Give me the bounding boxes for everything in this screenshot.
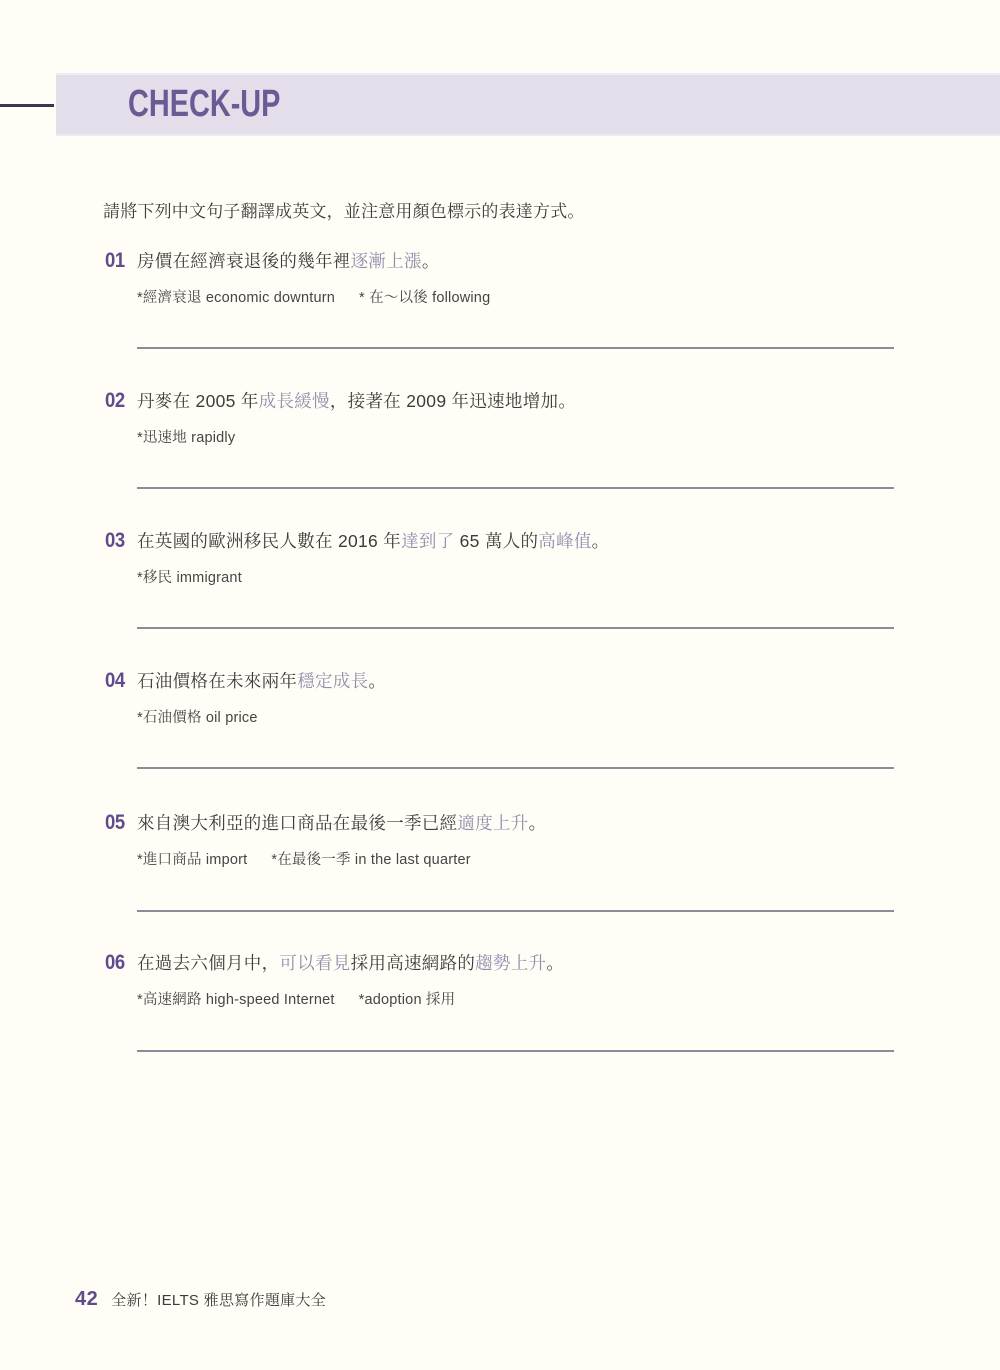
item-sentence: 在英國的歐洲移民人數在 2016 年達到了 65 萬人的高峰值。 bbox=[137, 529, 609, 553]
vocab-hint: *移民 immigrant bbox=[137, 566, 940, 587]
sentence-segment: 。 bbox=[368, 671, 386, 691]
sentence-segment: 來自澳大利亞的進口商品在最後一季已經 bbox=[137, 813, 457, 833]
vocab-hint: *高速網路 high-speed Internet*adoption 採用 bbox=[137, 988, 940, 1009]
exercise-item: 05 來自澳大利亞的進口商品在最後一季已經適度上升。 *進口商品 import*… bbox=[105, 811, 940, 869]
vocab-hint-entry: *進口商品 import bbox=[137, 852, 247, 868]
item-number: 05 bbox=[105, 811, 133, 835]
exercise-item: 06 在過去六個月中，可以看見採用高速網路的趨勢上升。 *高速網路 high-s… bbox=[105, 951, 940, 1009]
exercise-item: 04 石油價格在未來兩年穩定成長。 *石油價格 oil price bbox=[105, 669, 940, 727]
item-sentence: 來自澳大利亞的進口商品在最後一季已經適度上升。 bbox=[137, 811, 546, 835]
answer-line bbox=[137, 767, 894, 769]
highlight-segment: 達到了 bbox=[401, 531, 454, 551]
textbook-page: CHECK-UP 請將下列中文句子翻譯成英文，並注意用顏色標示的表達方式。 01… bbox=[0, 0, 1000, 1370]
sentence-segment: 石油價格在未來兩年 bbox=[137, 671, 297, 691]
answer-line bbox=[137, 347, 894, 349]
highlight-segment: 高峰值 bbox=[538, 531, 591, 551]
item-number: 06 bbox=[105, 951, 133, 975]
highlight-segment: 成長緩慢 bbox=[259, 391, 330, 411]
item-sentence: 丹麥在 2005 年成長緩慢，接著在 2009 年迅速地增加。 bbox=[137, 389, 576, 413]
page-number: 42 bbox=[75, 1288, 98, 1311]
sentence-segment: 。 bbox=[546, 953, 564, 973]
sentence-segment: 在英國的歐洲移民人數在 2016 年 bbox=[137, 531, 401, 551]
vocab-hint-entry: *移民 immigrant bbox=[137, 570, 242, 586]
page-footer: 42 全新！IELTS 雅思寫作題庫大全 bbox=[75, 1288, 326, 1311]
highlight-segment: 逐漸上漲 bbox=[351, 251, 422, 271]
sentence-segment: 65 萬人的 bbox=[454, 531, 538, 551]
answer-line bbox=[137, 1050, 894, 1052]
item-number: 04 bbox=[105, 669, 133, 693]
sentence-segment: 房價在經濟衰退後的幾年裡 bbox=[137, 251, 351, 271]
highlight-segment: 趨勢上升 bbox=[475, 953, 546, 973]
item-number: 01 bbox=[105, 249, 133, 273]
sentence-segment: 。 bbox=[422, 251, 440, 271]
answer-line bbox=[137, 487, 894, 489]
vocab-hint-entry: *高速網路 high-speed Internet bbox=[137, 992, 335, 1008]
sentence-segment: 採用高速網路的 bbox=[351, 953, 476, 973]
instruction-text: 請將下列中文句子翻譯成英文，並注意用顏色標示的表達方式。 bbox=[103, 197, 920, 222]
item-number: 03 bbox=[105, 529, 133, 553]
vocab-hint: *進口商品 import*在最後一季 in the last quarter bbox=[137, 848, 940, 869]
book-title: 全新！IELTS 雅思寫作題庫大全 bbox=[111, 1289, 326, 1310]
sentence-segment: ，接著在 2009 年迅速地增加。 bbox=[330, 391, 576, 411]
vocab-hint: *迅速地 rapidly bbox=[137, 426, 940, 447]
sentence-segment: 。 bbox=[529, 813, 547, 833]
vocab-hint-entry: *在最後一季 in the last quarter bbox=[271, 852, 470, 868]
vocab-hint-entry: * 在～以後 following bbox=[359, 290, 490, 306]
vocab-hint-entry: *adoption 採用 bbox=[359, 992, 456, 1008]
highlight-segment: 可以看見 bbox=[279, 953, 350, 973]
header-left-rule bbox=[0, 104, 54, 107]
item-sentence: 在過去六個月中，可以看見採用高速網路的趨勢上升。 bbox=[137, 951, 564, 975]
sentence-segment: 丹麥在 2005 年 bbox=[137, 391, 259, 411]
vocab-hint: *經濟衰退 economic downturn* 在～以後 following bbox=[137, 286, 940, 307]
item-sentence: 房價在經濟衰退後的幾年裡逐漸上漲。 bbox=[137, 249, 440, 273]
sentence-segment: 。 bbox=[592, 531, 610, 551]
vocab-hint-entry: *石油價格 oil price bbox=[137, 710, 258, 726]
exercise-item: 03 在英國的歐洲移民人數在 2016 年達到了 65 萬人的高峰值。 *移民 … bbox=[105, 529, 940, 587]
item-number: 02 bbox=[105, 389, 133, 413]
vocab-hint-entry: *迅速地 rapidly bbox=[137, 430, 235, 446]
item-sentence: 石油價格在未來兩年穩定成長。 bbox=[137, 669, 386, 693]
exercise-item: 01 房價在經濟衰退後的幾年裡逐漸上漲。 *經濟衰退 economic down… bbox=[105, 249, 940, 307]
sentence-segment: 在過去六個月中， bbox=[137, 953, 279, 973]
page-title: CHECK-UP bbox=[128, 73, 280, 136]
checkup-banner: CHECK-UP bbox=[56, 73, 1000, 136]
answer-line bbox=[137, 910, 894, 912]
highlight-segment: 適度上升 bbox=[457, 813, 528, 833]
answer-line bbox=[137, 627, 894, 629]
vocab-hint: *石油價格 oil price bbox=[137, 706, 940, 727]
exercise-item: 02 丹麥在 2005 年成長緩慢，接著在 2009 年迅速地增加。 *迅速地 … bbox=[105, 389, 940, 447]
highlight-segment: 穩定成長 bbox=[297, 671, 368, 691]
vocab-hint-entry: *經濟衰退 economic downturn bbox=[137, 290, 335, 306]
